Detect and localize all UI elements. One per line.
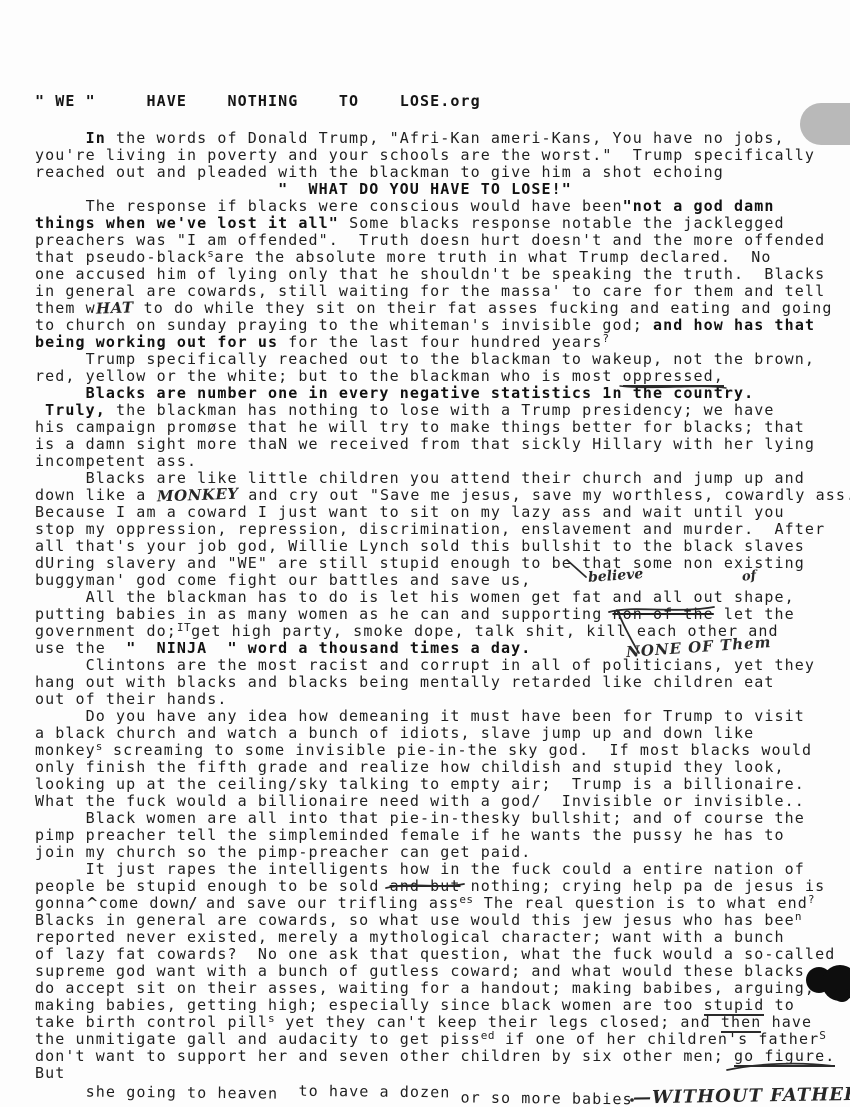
text-segment: come down bbox=[99, 894, 190, 912]
text-line: supreme god want with a bunch of gutless… bbox=[35, 963, 840, 980]
text-segment: It just rapes the intelligents how in th… bbox=[86, 860, 805, 878]
text-line: she going to heaven to have a dozen or s… bbox=[35, 1082, 840, 1107]
text-segment: The real question is to what end bbox=[474, 894, 808, 912]
text-segment: What the fuck would a billionaire need w… bbox=[35, 792, 805, 810]
text-segment: The response if blacks were conscious wo… bbox=[86, 197, 623, 215]
text-segment: Trump specifically reached out to the bl… bbox=[86, 350, 815, 368]
text-segment: " NINJA " word a thousand times a day. bbox=[126, 639, 531, 657]
text-segment: Because I am a coward I just want to sit… bbox=[35, 503, 785, 521]
text-segment: stop my oppression, repression, discrimi… bbox=[35, 520, 825, 538]
text-segment: for the last four hundred years bbox=[278, 333, 602, 351]
text-segment: Clintons are the most racist and corrupt… bbox=[86, 656, 815, 674]
text-segment: in general are cowards, still waiting fo… bbox=[35, 282, 825, 300]
text-segment: she going to heaven bbox=[86, 1083, 289, 1103]
text-line: Do you have any idea how demeaning it mu… bbox=[35, 708, 840, 725]
text-segment: incompetent ass. bbox=[35, 452, 197, 470]
text-segment: have bbox=[761, 1013, 812, 1031]
text-line: dUring slavery and "WE" are still stupid… bbox=[35, 555, 840, 572]
text-line: In the words of Donald Trump, "Afri-Kan … bbox=[35, 130, 840, 147]
text-line: Blacks are number one in every negative … bbox=[35, 385, 840, 402]
text-line: Because I am a coward I just want to sit… bbox=[35, 504, 840, 521]
text-segment: dUring slavery and "WE" are still stupid… bbox=[35, 554, 805, 572]
text-line: Trump specifically reached out to the bl… bbox=[35, 351, 840, 368]
text-segment: out of their hands. bbox=[35, 690, 227, 708]
text-segment: n bbox=[795, 910, 802, 923]
text-line: making babies, getting high; especially … bbox=[35, 997, 840, 1014]
text-segment: ed bbox=[481, 1029, 495, 1042]
text-line: all that's your job god, Willie Lynch so… bbox=[35, 538, 840, 555]
text-segment: don't want to support her and seven othe… bbox=[35, 1047, 734, 1065]
text-segment: IT bbox=[177, 621, 191, 634]
text-segment: making babies, getting high; especially … bbox=[35, 996, 704, 1014]
text-line: All the blackman has to do is let his wo… bbox=[35, 589, 840, 606]
text-segment: red, yellow or the white; but to the bla… bbox=[35, 367, 623, 385]
text-segment: buggyman' god come fight our battles and… bbox=[35, 571, 531, 589]
text-segment: Blacks are like little children you atte… bbox=[86, 469, 805, 487]
text-segment: Truly, bbox=[45, 401, 106, 419]
handwritten-text: ^ bbox=[85, 895, 99, 912]
text-segment: Some blacks response notable the jackleg… bbox=[339, 214, 785, 232]
text-line: Black women are all into that pie-in-the… bbox=[35, 810, 840, 827]
text-segment: and save our trifling ass bbox=[196, 894, 459, 912]
text-segment: to do while they sit on their fat asses … bbox=[133, 299, 832, 317]
typewritten-document: " WE " HAVE NOTHING TO LOSE.org In the w… bbox=[35, 93, 840, 1099]
text-segment: Blacks are number one in every negative … bbox=[86, 384, 755, 402]
text-line: buggyman' god come fight our battles and… bbox=[35, 572, 840, 589]
text-line: is a damn sight more thaN we received fr… bbox=[35, 436, 840, 453]
text-line: of lazy fat cowards? No one ask that que… bbox=[35, 946, 840, 963]
text-segment: But bbox=[35, 1064, 65, 1082]
text-segment: s bbox=[207, 247, 214, 260]
text-line: gonna^come down/ and save our trifling a… bbox=[35, 895, 840, 912]
text-segment: pimp preacher tell the simpleminded fema… bbox=[35, 826, 785, 844]
text-segment: ? bbox=[602, 332, 609, 345]
text-segment: yet they can't keep their legs closed; a… bbox=[275, 1013, 721, 1031]
text-segment: hang out with blacks and blacks being me… bbox=[35, 673, 775, 691]
handwritten-text: HAT bbox=[96, 299, 134, 317]
text-segment: only finish the fifth grade and realize … bbox=[35, 758, 785, 776]
text-line: monkeys screaming to some invisible pie-… bbox=[35, 742, 840, 759]
text-segment: S bbox=[819, 1029, 826, 1042]
text-line: you're living in poverty and your school… bbox=[35, 147, 840, 164]
text-line: hang out with blacks and blacks being me… bbox=[35, 674, 840, 691]
text-segment: s bbox=[268, 1012, 275, 1025]
text-segment: monkey bbox=[35, 741, 96, 759]
text-segment: In bbox=[86, 129, 106, 147]
text-segment: go figure. bbox=[734, 1047, 835, 1067]
text-segment: ? bbox=[808, 893, 815, 906]
text-line: out of their hands. bbox=[35, 691, 840, 708]
text-segment: get high party, smoke dope, talk shit, k… bbox=[191, 622, 779, 640]
text-segment: Do you have any idea how demeaning it mu… bbox=[86, 707, 805, 725]
text-segment: and how has that bbox=[653, 316, 815, 334]
text-segment: "not a god damn bbox=[623, 197, 775, 215]
text-segment: reached out and pleaded with the blackma… bbox=[35, 163, 724, 181]
text-segment: and cry out "Save me jesus, save my wort… bbox=[238, 486, 850, 504]
text-segment: the unmitigate gall and audacity to get … bbox=[35, 1030, 481, 1048]
text-segment: if one of her children's father bbox=[495, 1030, 819, 1048]
text-line: in general are cowards, still waiting fo… bbox=[35, 283, 840, 300]
text-segment: non of the bbox=[612, 605, 713, 623]
text-line: red, yellow or the white; but to the bla… bbox=[35, 368, 840, 385]
text-segment: government do; bbox=[35, 622, 177, 640]
text-segment: is a damn sight more thaN we received fr… bbox=[35, 435, 815, 453]
text-line: " WHAT DO YOU HAVE TO LOSE!" bbox=[35, 181, 840, 198]
text-line: reported never existed, merely a mytholo… bbox=[35, 929, 840, 946]
text-segment: a black church and watch a bunch of idio… bbox=[35, 724, 754, 742]
text-line: Clintons are the most racist and corrupt… bbox=[35, 657, 840, 674]
text-segment: screaming to some invisible pie-in-the s… bbox=[103, 741, 812, 759]
ink-blot-icon bbox=[834, 988, 850, 1002]
text-segment: are the absolute more truth in what Trum… bbox=[214, 248, 771, 266]
text-segment: of lazy fat cowards? No one ask that que… bbox=[35, 945, 835, 963]
document-body: In the words of Donald Trump, "Afri-Kan … bbox=[35, 130, 840, 1099]
text-segment: down like a bbox=[35, 486, 157, 504]
text-line: Blacks are like little children you atte… bbox=[35, 470, 840, 487]
text-segment: reported never existed, merely a mytholo… bbox=[35, 928, 785, 946]
text-line: being working out for us for the last fo… bbox=[35, 334, 840, 351]
text-segment: the blackman has nothing to lose with a … bbox=[106, 401, 775, 419]
text-line: But bbox=[35, 1065, 840, 1082]
text-segment: his campaign promøse that he will try to… bbox=[35, 418, 805, 436]
text-line: down like a MONKEY and cry out "Save me … bbox=[35, 487, 840, 504]
text-segment: s bbox=[96, 740, 103, 753]
scanned-document-page: " WE " HAVE NOTHING TO LOSE.org In the w… bbox=[0, 0, 850, 1107]
text-segment: gonna bbox=[35, 894, 86, 912]
text-segment: Blacks in general are cowards, so what u… bbox=[35, 911, 795, 929]
text-segment: Black women are all into that pie-in-the… bbox=[86, 809, 805, 827]
text-segment: or so more babies bbox=[450, 1088, 633, 1107]
text-segment: do accept sit on their asses, waiting fo… bbox=[35, 979, 815, 997]
text-segment: use the bbox=[35, 639, 126, 657]
handwritten-text: / bbox=[190, 895, 197, 912]
scanner-artifact-tab bbox=[800, 103, 850, 145]
text-segment: join my church so the pimp-preacher can … bbox=[35, 843, 531, 861]
text-segment: you're living in poverty and your school… bbox=[35, 146, 815, 164]
text-line: pimp preacher tell the simpleminded fema… bbox=[35, 827, 840, 844]
text-segment: to church on sunday praying to the white… bbox=[35, 316, 653, 334]
text-segment: people be stupid enough to be sold bbox=[35, 877, 390, 895]
text-segment: them w bbox=[35, 299, 96, 317]
text-segment: all that's your job god, Willie Lynch so… bbox=[35, 537, 805, 555]
text-line: that pseudo-blacksare the absolute more … bbox=[35, 249, 840, 266]
text-segment: " WHAT DO YOU HAVE TO LOSE!" bbox=[278, 180, 572, 198]
text-segment: preachers was "I am offended". Truth doe… bbox=[35, 231, 825, 249]
text-segment: looking up at the ceiling/sky talking to… bbox=[35, 775, 805, 793]
text-segment: let the bbox=[714, 605, 795, 623]
text-segment: to have a dozen bbox=[288, 1082, 450, 1102]
document-title: " WE " HAVE NOTHING TO LOSE.org bbox=[35, 93, 840, 110]
text-segment: one accused him of lying only that he sh… bbox=[35, 265, 825, 283]
text-segment: that pseudo-black bbox=[35, 248, 207, 266]
text-line: don't want to support her and seven othe… bbox=[35, 1048, 840, 1065]
text-line: the unmitigate gall and audacity to get … bbox=[35, 1031, 840, 1048]
text-line: one accused him of lying only that he sh… bbox=[35, 266, 840, 283]
text-segment: to bbox=[764, 996, 794, 1014]
text-line: What the fuck would a billionaire need w… bbox=[35, 793, 840, 810]
text-line: them wHAT to do while they sit on their … bbox=[35, 300, 840, 317]
text-segment: All the blackman has to do is let his wo… bbox=[86, 588, 795, 606]
text-line: looking up at the ceiling/sky talking to… bbox=[35, 776, 840, 793]
text-segment: take birth control pill bbox=[35, 1013, 268, 1031]
text-line: reached out and pleaded with the blackma… bbox=[35, 164, 840, 181]
text-segment: being working out for us bbox=[35, 333, 278, 351]
text-line: his campaign promøse that he will try to… bbox=[35, 419, 840, 436]
handwritten-text: —WITHOUT FATHERS bbox=[633, 1086, 850, 1107]
handwritten-of: of bbox=[741, 568, 757, 584]
text-line: people be stupid enough to be sold and b… bbox=[35, 878, 840, 895]
text-line: Blacks in general are cowards, so what u… bbox=[35, 912, 840, 929]
text-line: a black church and watch a bunch of idio… bbox=[35, 725, 840, 742]
text-line: do accept sit on their asses, waiting fo… bbox=[35, 980, 840, 997]
text-line: putting babies in as many women as he ca… bbox=[35, 606, 840, 623]
text-segment: nothing; crying help pa de jesus is bbox=[461, 877, 826, 895]
text-line: Truly, the blackman has nothing to lose … bbox=[35, 402, 840, 419]
text-line: only finish the fifth grade and realize … bbox=[35, 759, 840, 776]
text-line: It just rapes the intelligents how in th… bbox=[35, 861, 840, 878]
text-segment: supreme god want with a bunch of gutless… bbox=[35, 962, 805, 980]
text-line: to church on sunday praying to the white… bbox=[35, 317, 840, 334]
text-segment: the words of Donald Trump, "Afri-Kan ame… bbox=[106, 129, 785, 147]
text-line: incompetent ass. bbox=[35, 453, 840, 470]
text-segment: es bbox=[459, 893, 473, 906]
text-line: The response if blacks were conscious wo… bbox=[35, 198, 840, 215]
text-line: take birth control pills yet they can't … bbox=[35, 1014, 840, 1031]
text-line: preachers was "I am offended". Truth doe… bbox=[35, 232, 840, 249]
text-line: stop my oppression, repression, discrimi… bbox=[35, 521, 840, 538]
text-line: join my church so the pimp-preacher can … bbox=[35, 844, 840, 861]
handwritten-text: MONKEY bbox=[156, 486, 238, 506]
text-segment: putting babies in as many women as he ca… bbox=[35, 605, 612, 623]
text-segment: things when we've lost it all" bbox=[35, 214, 339, 232]
text-line: things when we've lost it all" Some blac… bbox=[35, 215, 840, 232]
text-segment: and but bbox=[390, 877, 461, 895]
